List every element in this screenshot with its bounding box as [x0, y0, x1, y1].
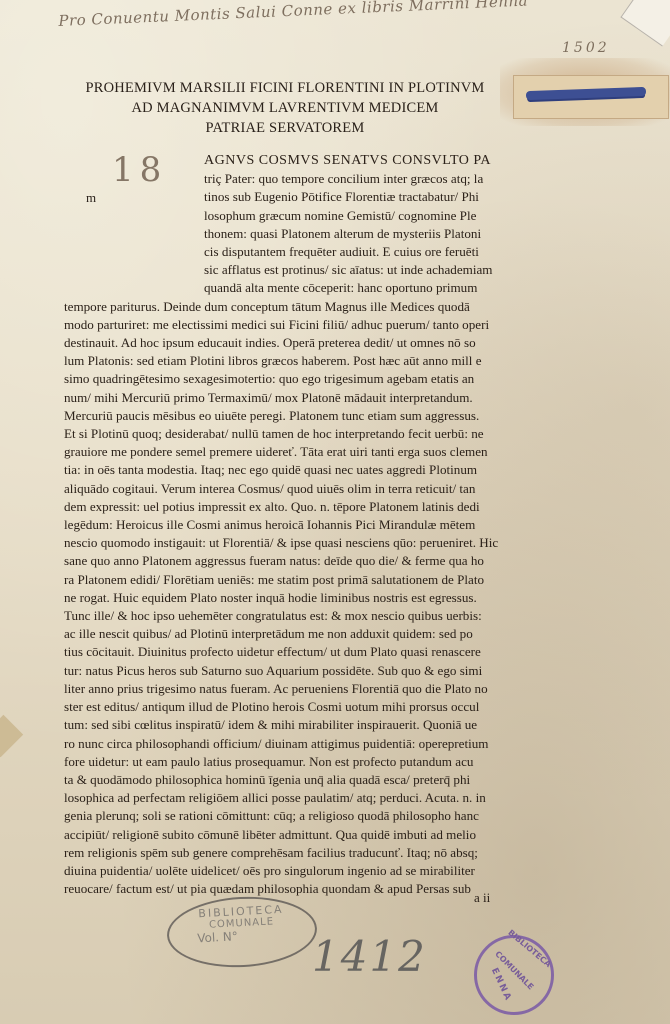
- text-line: ne rogat. Huic equidem Plato noster inqu…: [64, 589, 534, 607]
- text-line: quandā alta mente cōceperit: hanc oportu…: [64, 279, 534, 297]
- text-line: nescio quomodo instigauit: ut Florentiā/…: [64, 534, 534, 552]
- text-line: tia: in oēs tanta modestia. Itaq; nec eg…: [64, 461, 534, 479]
- text-line: losophum græcum nomine Gemistū/ cognomin…: [64, 207, 534, 225]
- text-line: tius cōcitauit. Diuinitus profecto uidet…: [64, 643, 534, 661]
- text-line: ro nunc circa philosophandi officium/ di…: [64, 735, 534, 753]
- text-line: legēdum: Heroicus ille Cosmi animus hero…: [64, 516, 534, 534]
- text-line: destinauit. Ad hoc ipsum educauit indies…: [64, 334, 534, 352]
- text-line: fore uidetur: ut eam paulo latius proseq…: [64, 753, 534, 771]
- text-line: AGNVS COSMVS SENATVS CONSVLTO PA: [64, 152, 534, 170]
- text-line: thonem: quasi Platonem alterum de myster…: [64, 225, 534, 243]
- torn-corner: [620, 0, 670, 46]
- text-line: ster est editus/ antiqum illud de Plotin…: [64, 698, 534, 716]
- text-line: simo quadringētesimo sexagesimotertio: q…: [64, 370, 534, 388]
- manuscript-page: Pro Conuentu Montis Salui Conne ex libri…: [0, 0, 670, 1024]
- inscription-year: 1502: [562, 40, 610, 56]
- title-line-2: AD MAGNANIMVM LAVRENTIVM MEDICEM: [60, 98, 510, 118]
- text-line: liter anno prius trigesimo natus fueram.…: [64, 680, 534, 698]
- text-line: Et si Plotinū quoq; desiderabat/ nullū t…: [64, 425, 534, 443]
- shelf-number: 1412: [312, 932, 427, 981]
- page-edge-tab: [0, 715, 23, 757]
- text-line: Mercuriū paucis mēsibus eo uiuēte peregi…: [64, 407, 534, 425]
- title-line-3: PATRIAE SERVATOREM: [60, 118, 510, 138]
- text-line: ac ille nescit quibus/ ad Plotinū interp…: [64, 625, 534, 643]
- text-line: tum: sed sibi cœlitus inspiratū/ idem & …: [64, 716, 534, 734]
- text-line: rem religionis spēm sub genere comprehēs…: [64, 844, 534, 862]
- text-line: genia plerunq; soli se rationi cōmittunt…: [64, 807, 534, 825]
- text-line: diuina puidentia/ uolēte uidelicet/ oēs …: [64, 862, 534, 880]
- page-title: PROHEMIVM MARSILII FICINI FLORENTINI IN …: [60, 78, 510, 138]
- ownership-inscription: Pro Conuentu Montis Salui Conne ex libri…: [58, 0, 528, 30]
- text-line: tempore pariturus. Deinde dum conceptum …: [64, 298, 534, 316]
- paper-label: [513, 75, 669, 119]
- text-line: tur: natus Picus heros sub Saturno suo A…: [64, 662, 534, 680]
- text-line: ra Platonem edidi/ Florētiam ueniēs: me …: [64, 571, 534, 589]
- text-line: ta & quodāmodo philosophica hominū īgeni…: [64, 771, 534, 789]
- signature-mark: a ii: [474, 890, 490, 906]
- library-stamp-oval: BIBLIOTECA COMUNALE Vol. N°: [165, 893, 318, 971]
- text-line: lum Platonis: sed etiam Plotini libros g…: [64, 352, 534, 370]
- body-text: AGNVS COSMVS SENATVS CONSVLTO PA triç Pa…: [64, 152, 534, 898]
- library-stamp-round: BIBLIOTECA COMUNALE ENNA: [474, 935, 554, 1015]
- text-line: tinos sub Eugenio Pōtifice Florentiæ tra…: [64, 188, 534, 206]
- title-line-1: PROHEMIVM MARSILII FICINI FLORENTINI IN …: [60, 78, 510, 98]
- text-line: triç Pater: quo tempore concilium inter …: [64, 170, 534, 188]
- text-line: cis disputantem frequēter audiuit. E cui…: [64, 243, 534, 261]
- text-line: sane quo anno Platonem aggressus fueram …: [64, 552, 534, 570]
- text-line: accipiūt/ religionē subito cōmunē libēte…: [64, 826, 534, 844]
- text-line: num/ mihi Mercuriū primo Termaximū/ mox …: [64, 389, 534, 407]
- text-line: Tunc ille/ & hoc ipso uehemēter congratu…: [64, 607, 534, 625]
- struck-out-number: [526, 87, 646, 100]
- text-line: aliquādo cogitaui. Verum interea Cosmus/…: [64, 480, 534, 498]
- text-line: dem expressit: uel potius impressit ex a…: [64, 498, 534, 516]
- text-line: losophica ad perfectam religiōem allici …: [64, 789, 534, 807]
- text-line: reuocare/ factum est/ ut pia quædam phil…: [64, 880, 534, 898]
- text-line: modo parturiret: me electissimi medici s…: [64, 316, 534, 334]
- text-line: grauiore me pondere semel premere uidere…: [64, 443, 534, 461]
- text-line: sic afflatus est protinus/ sic aīatus: u…: [64, 261, 534, 279]
